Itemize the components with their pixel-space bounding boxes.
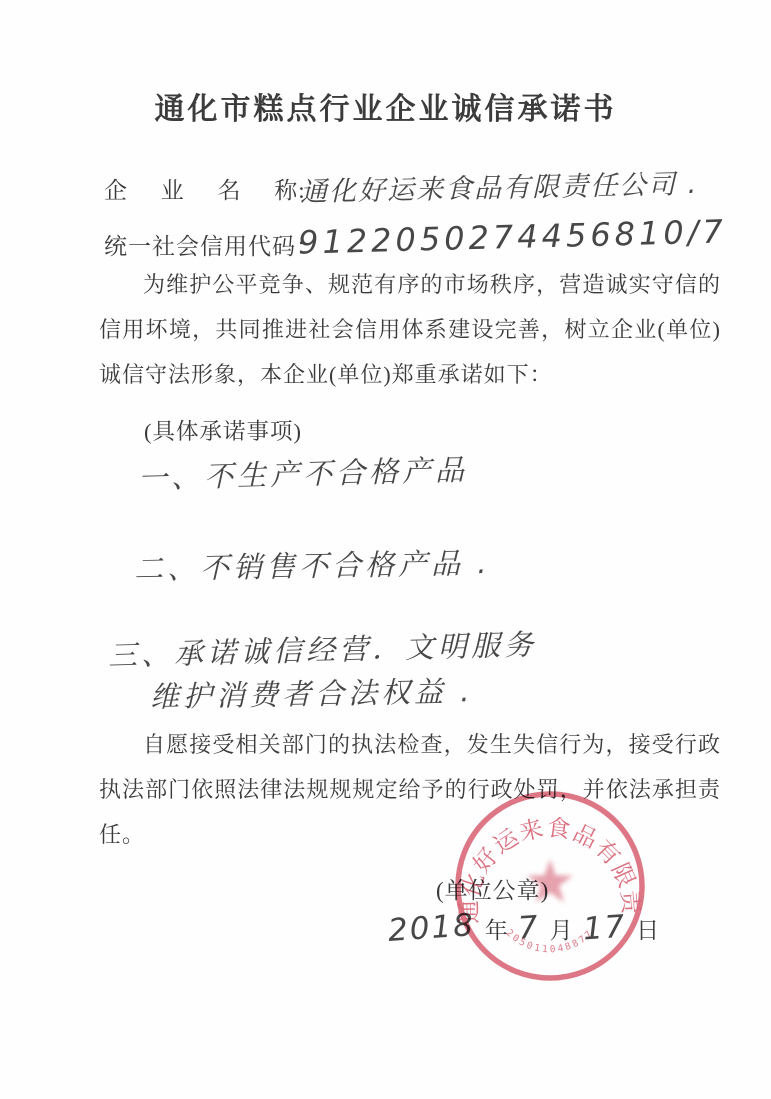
credit-code-line: 统一社会信用代码：: [104, 228, 320, 261]
commitment-item-1: 一、不生产不合格产品: [138, 448, 469, 498]
date-day-handwritten: 17: [581, 909, 627, 948]
date-day-label: 日: [636, 912, 659, 945]
commitment-item-1-prefix: 一、: [138, 460, 205, 496]
commitment-item-3-line1: 三、承诺诚信经营．文明服务: [108, 622, 538, 674]
commitment-item-2: 二、不销售不合格产品 .: [134, 541, 491, 588]
commitment-item-3-text: 承诺诚信经营．文明服务: [174, 627, 538, 670]
commitment-item-1-text: 不生产不合格产品: [204, 453, 469, 494]
closing-paragraph: 自愿接受相关部门的执法检查，发生失信行为，接受行政执法部门依照法律法规规规定给予…: [99, 722, 721, 857]
scanned-document-page: 通化市糕点行业企业诚信承诺书 企 业 名 称: 通化好运来食品有限责任公司 . …: [0, 0, 771, 1099]
date-year-label: 年: [485, 912, 508, 945]
company-name-value-handwritten: 通化好运来食品有限责任公司 .: [300, 162, 699, 209]
document-title: 通化市糕点行业企业诚信承诺书: [0, 84, 771, 128]
commitment-items-header: (具体承诺事项): [144, 414, 302, 446]
commitment-item-3-prefix: 三、: [108, 637, 175, 673]
date-month-label: 月: [550, 912, 573, 945]
credit-code-value-handwritten: 9122050274456810/7: [298, 212, 728, 261]
commitment-item-2-text: 不销售不合格产品 .: [200, 546, 491, 585]
commitment-item-3-line2: 维护消费者合法权益 .: [150, 669, 474, 716]
seal-placeholder-note: (单位公章): [436, 872, 549, 905]
company-name-line: 企 业 名 称:: [104, 172, 306, 205]
signature-date-line: 2018 年 7 月 17 日: [382, 910, 663, 946]
intro-paragraph: 为维护公平竞争、规范有序的市场秩序，营造诚实守信的信用坏境，共同推进社会信用体系…: [99, 262, 721, 397]
date-month-handwritten: 7: [517, 909, 541, 946]
commitment-item-2-prefix: 二、: [134, 551, 201, 586]
credit-code-label: 统一社会信用代码：: [104, 234, 320, 259]
company-name-label: 企 业 名 称:: [104, 178, 306, 203]
date-year-handwritten: 2018: [387, 907, 476, 949]
